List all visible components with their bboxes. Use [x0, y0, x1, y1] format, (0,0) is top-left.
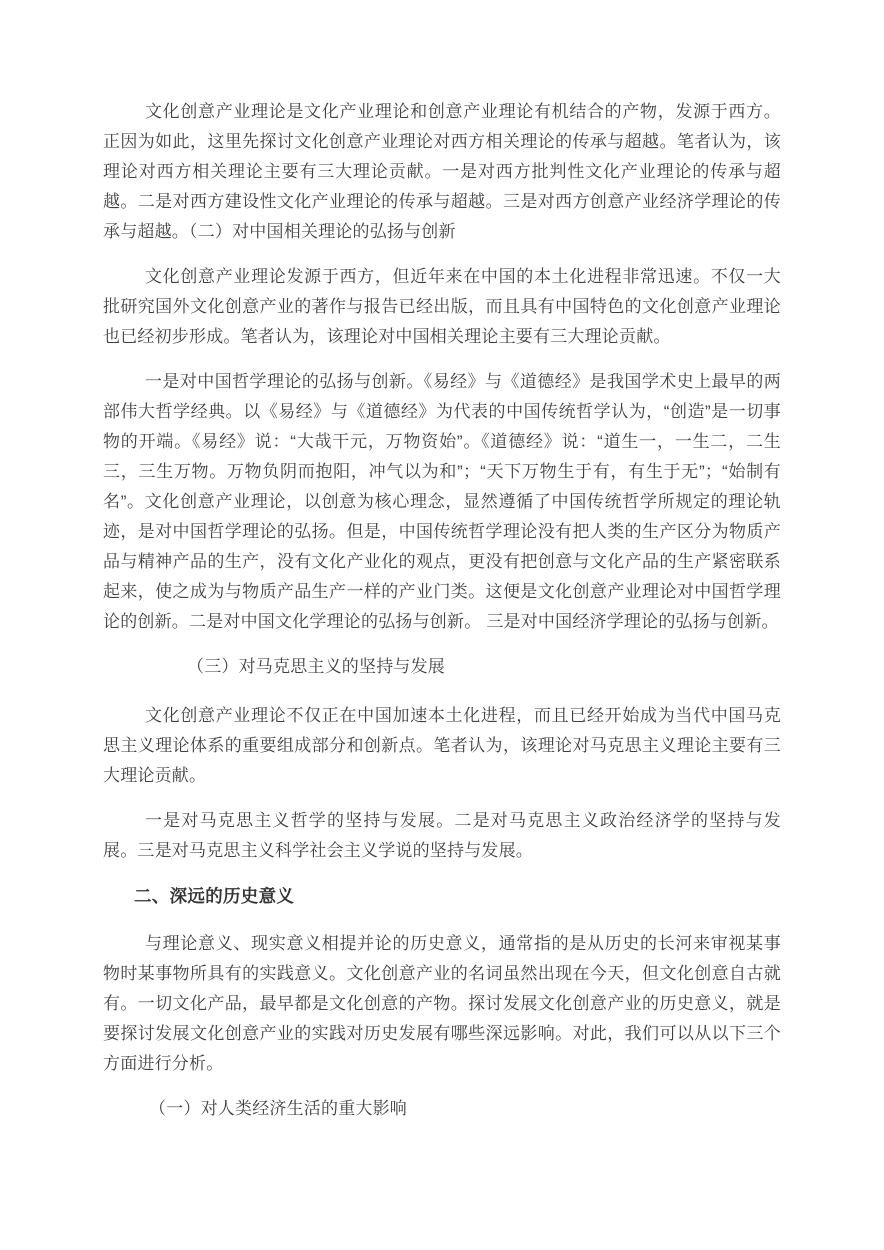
subsection-heading: （三）对马克思主义的坚持与发展 — [103, 652, 781, 682]
body-paragraph: 文化创意产业理论是文化产业理论和创意产业理论有机结合的产物，发源于西方。正因为如… — [103, 97, 781, 247]
body-paragraph: 一是对中国哲学理论的弘扬与创新。《易经》与《道德经》是我国学术史上最早的两部伟大… — [103, 367, 781, 637]
body-paragraph: 一是对马克思主义哲学的坚持与发展。二是对马克思主义政治经济学的坚持与发展。三是对… — [103, 806, 781, 866]
subsection-heading: （一）对人类经济生活的重大影响 — [103, 1094, 781, 1124]
document-page: 文化创意产业理论是文化产业理论和创意产业理论有机结合的产物，发源于西方。正因为如… — [0, 0, 884, 1250]
document-content: 文化创意产业理论是文化产业理论和创意产业理论有机结合的产物，发源于西方。正因为如… — [103, 97, 781, 1124]
body-paragraph: 文化创意产业理论发源于西方，但近年来在中国的本土化进程非常迅速。不仅一大批研究国… — [103, 262, 781, 352]
body-paragraph: 文化创意产业理论不仅正在中国加速本土化进程，而且已经开始成为当代中国马克思主义理… — [103, 701, 781, 791]
section-heading: 二、深远的历史意义 — [103, 881, 781, 911]
body-paragraph: 与理论意义、现实意义相提并论的历史意义，通常指的是从历史的长河来审视某事物时某事… — [103, 929, 781, 1079]
